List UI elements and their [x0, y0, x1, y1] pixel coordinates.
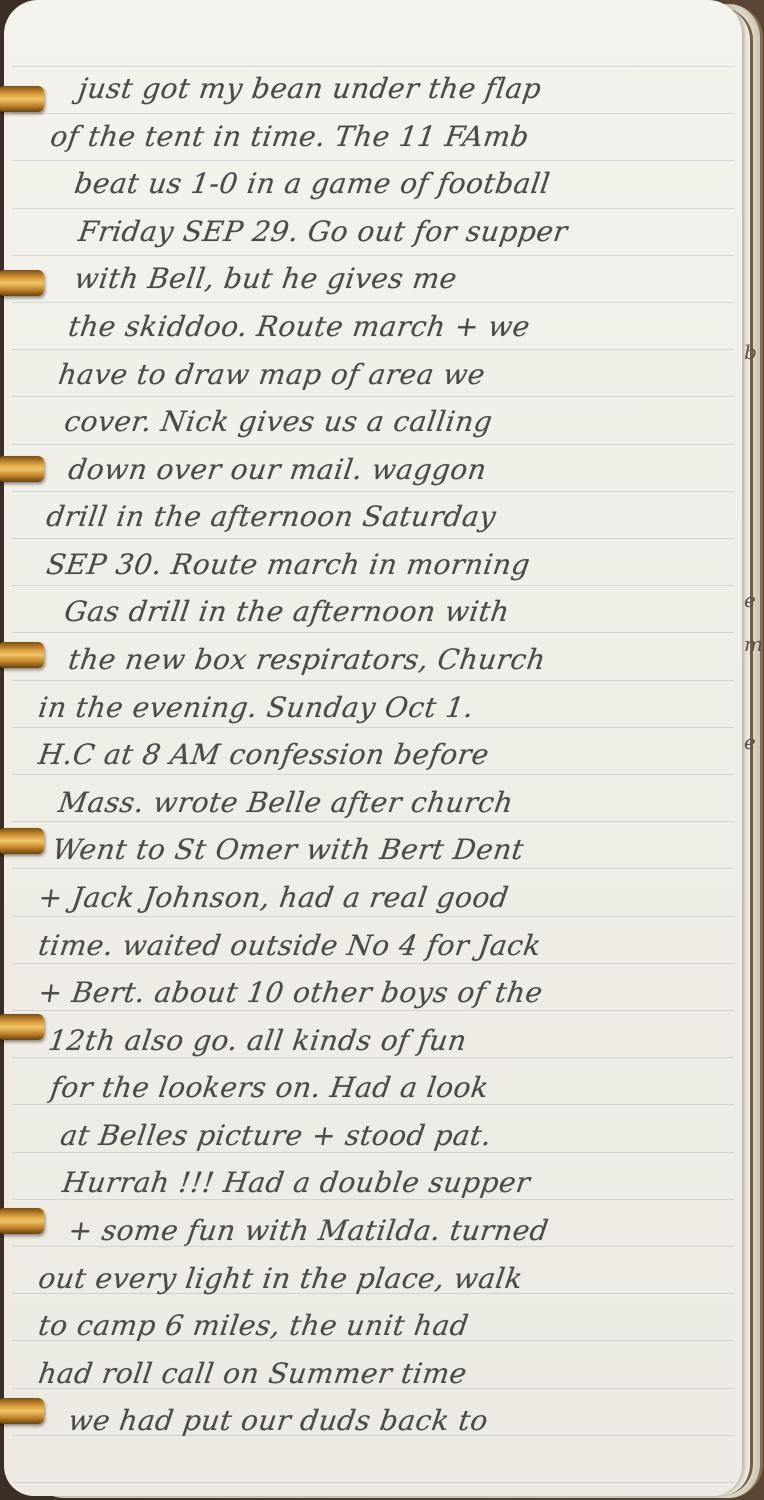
binder-ring: [0, 456, 44, 482]
handwritten-line: Gas drill in the afternoon with: [60, 595, 731, 645]
binder-ring: [0, 1208, 44, 1234]
handwritten-line: time. waited outside No 4 for Jack: [34, 929, 731, 979]
handwritten-line: we had put our duds back to: [64, 1404, 731, 1454]
notebook-scene: b e m e just got my bean under the flapo…: [0, 0, 764, 1500]
handwritten-line: the new box respirators, Church: [64, 643, 731, 693]
handwritten-line: Friday SEP 29. Go out for supper: [74, 215, 731, 265]
handwritten-line: of the tent in time. The 11 FAmb: [46, 120, 731, 170]
handwritten-line: just got my bean under the flap: [74, 72, 731, 122]
handwritten-line: drill in the afternoon Saturday: [42, 500, 731, 550]
handwritten-line: 12th also go. all kinds of fun: [44, 1024, 731, 1074]
handwritten-line: + Bert. about 10 other boys of the: [34, 976, 731, 1026]
handwritten-line: SEP 30. Route march in morning: [42, 548, 731, 598]
diary-page: just got my bean under the flapof the te…: [4, 0, 742, 1496]
next-page-fragment: b: [744, 340, 757, 364]
handwritten-line: to camp 6 miles, the unit had: [34, 1309, 731, 1359]
handwritten-line: Went to St Omer with Bert Dent: [48, 833, 731, 883]
handwritten-line: + Jack Johnson, had a real good: [34, 881, 731, 931]
ruled-line: [12, 1482, 734, 1483]
binder-ring: [0, 828, 44, 854]
next-page-fragment: e: [744, 730, 756, 754]
binder-ring: [0, 270, 44, 296]
handwritten-line: cover. Nick gives us a calling: [60, 405, 731, 455]
handwritten-line: Mass. wrote Belle after church: [54, 786, 731, 836]
handwritten-line: Hurrah !!! Had a double supper: [58, 1166, 731, 1216]
handwritten-line: the skiddoo. Route march + we: [64, 310, 731, 360]
next-page-fragment: e: [744, 588, 756, 612]
handwritten-line: + some fun with Matilda. turned: [64, 1214, 731, 1264]
handwritten-line: with Bell, but he gives me: [70, 262, 731, 312]
handwritten-line: for the lookers on. Had a look: [46, 1071, 731, 1121]
ruled-line: [12, 66, 734, 67]
binder-ring: [0, 1014, 44, 1040]
handwritten-line: in the evening. Sunday Oct 1.: [34, 691, 731, 741]
handwritten-line: H.C at 8 AM confession before: [34, 738, 731, 788]
handwritten-line: out every light in the place, walk: [34, 1262, 731, 1312]
binder-ring: [0, 86, 44, 112]
handwritten-line: down over our mail. waggon: [64, 453, 731, 503]
handwritten-line: at Belles picture + stood pat.: [56, 1119, 731, 1169]
next-page-fragment: m: [744, 632, 763, 656]
binder-ring: [0, 1398, 44, 1424]
handwritten-line: had roll call on Summer time: [34, 1357, 731, 1407]
handwritten-line: beat us 1-0 in a game of football: [70, 167, 731, 217]
handwritten-line: have to draw map of area we: [54, 358, 731, 408]
binder-ring: [0, 642, 44, 668]
